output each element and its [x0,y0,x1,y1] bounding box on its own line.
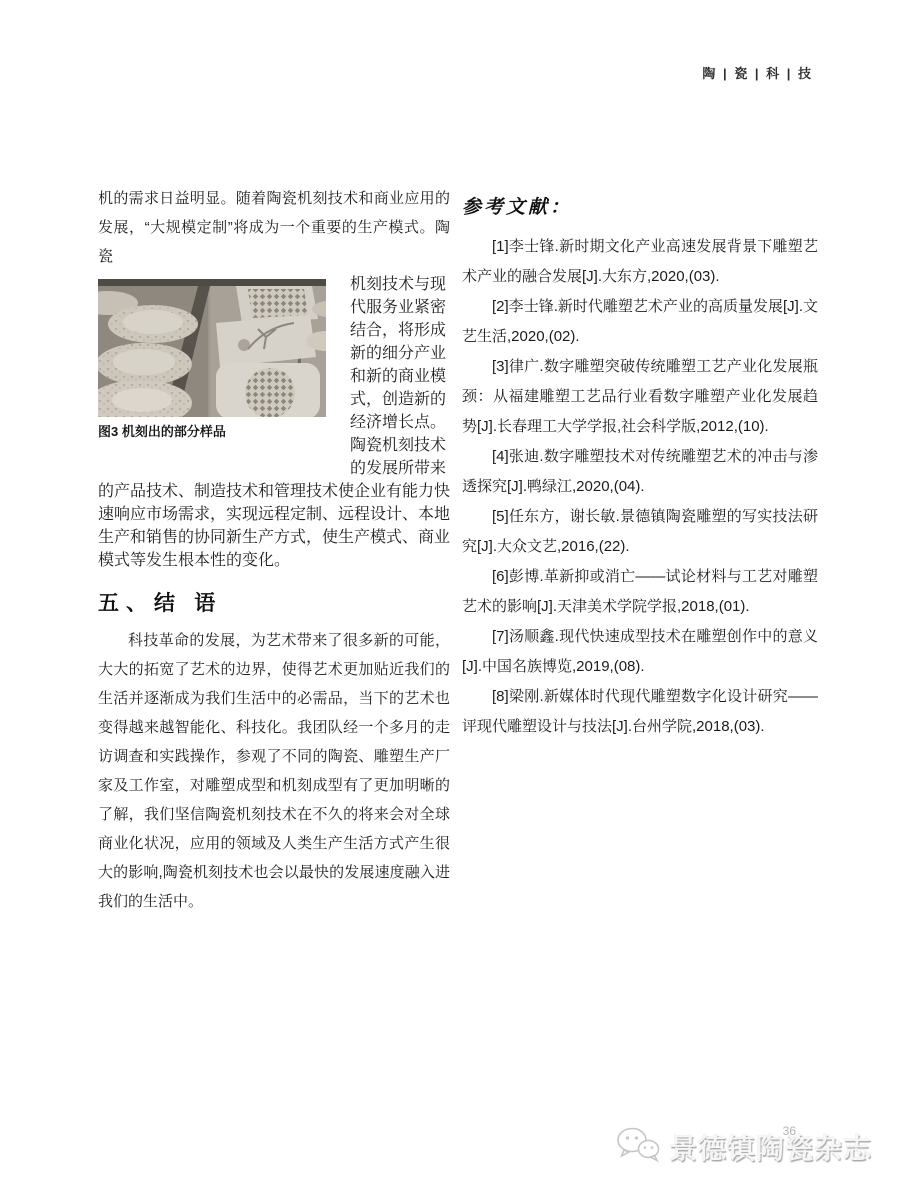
watermark-text: 景德镇陶瓷杂志 [669,1127,872,1167]
reference-item: [7]汤顺鑫.现代快速成型技术在雕塑创作中的意义[J].中国名族博览,2019,… [462,622,818,682]
section-heading-conclusion: 五、结 语 [98,587,450,617]
journal-watermark: 景德镇陶瓷杂志 [615,1125,872,1168]
engraved-ceramic-samples-photo [98,279,326,417]
reference-item: [2]李士锋.新时代雕塑艺术产业的高质量发展[J].文艺生活,2020,(02)… [462,292,818,352]
reference-item: [6]彭博.革新抑或消亡——试论材料与工艺对雕塑艺术的影响[J].天津美术学院学… [462,562,818,622]
journal-section-title: 陶 | 瓷 | 科 | 技 [702,63,813,82]
paragraph-2: 科技革命的发展，为艺术带来了很多新的可能，大大的拓宽了艺术的边界，使得艺术更加贴… [98,626,450,916]
figure-3-caption: 图3 机刻出的部分样品 [98,424,338,440]
reference-item: [4]张迪.数字雕塑技术对传统雕塑艺术的冲击与渗透探究[J].鸭绿江,2020,… [462,442,818,502]
references-column: 参考文献： [1]李士锋.新时期文化产业高速发展背景下雕塑艺术产业的融合发展[J… [462,192,818,742]
paragraph-1: 机的需求日益明显。随着陶瓷机刻技术和商业应用的发展，“大规模定制”将成为一个重要… [98,184,450,271]
references-heading: 参考文献： [462,192,818,219]
left-column: 机的需求日益明显。随着陶瓷机刻技术和商业应用的发展，“大规模定制”将成为一个重要… [98,184,450,916]
paragraph-1-text-before-figure: 机的需求日益明显。随着陶瓷机刻技术和商业应用的发展，“大规模定制”将成为一个重要… [98,190,450,265]
reference-item: [3]律广.数字雕塑突破传统雕塑工艺产业化发展瓶颈：从福建雕塑工艺品行业看数字雕… [462,352,818,442]
figure-3: 图3 机刻出的部分样品 [98,279,338,440]
reference-item: [8]梁刚.新媒体时代现代雕塑数字化设计研究——评现代雕塑设计与技法[J].台州… [462,682,818,742]
reference-item: [5]任东方，谢长敏.景德镇陶瓷雕塑的写实技法研究[J].大众文艺,2016,(… [462,502,818,562]
wechat-icon [615,1125,661,1168]
reference-item: [1]李士锋.新时期文化产业高速发展背景下雕塑艺术产业的融合发展[J].大东方,… [462,232,818,292]
